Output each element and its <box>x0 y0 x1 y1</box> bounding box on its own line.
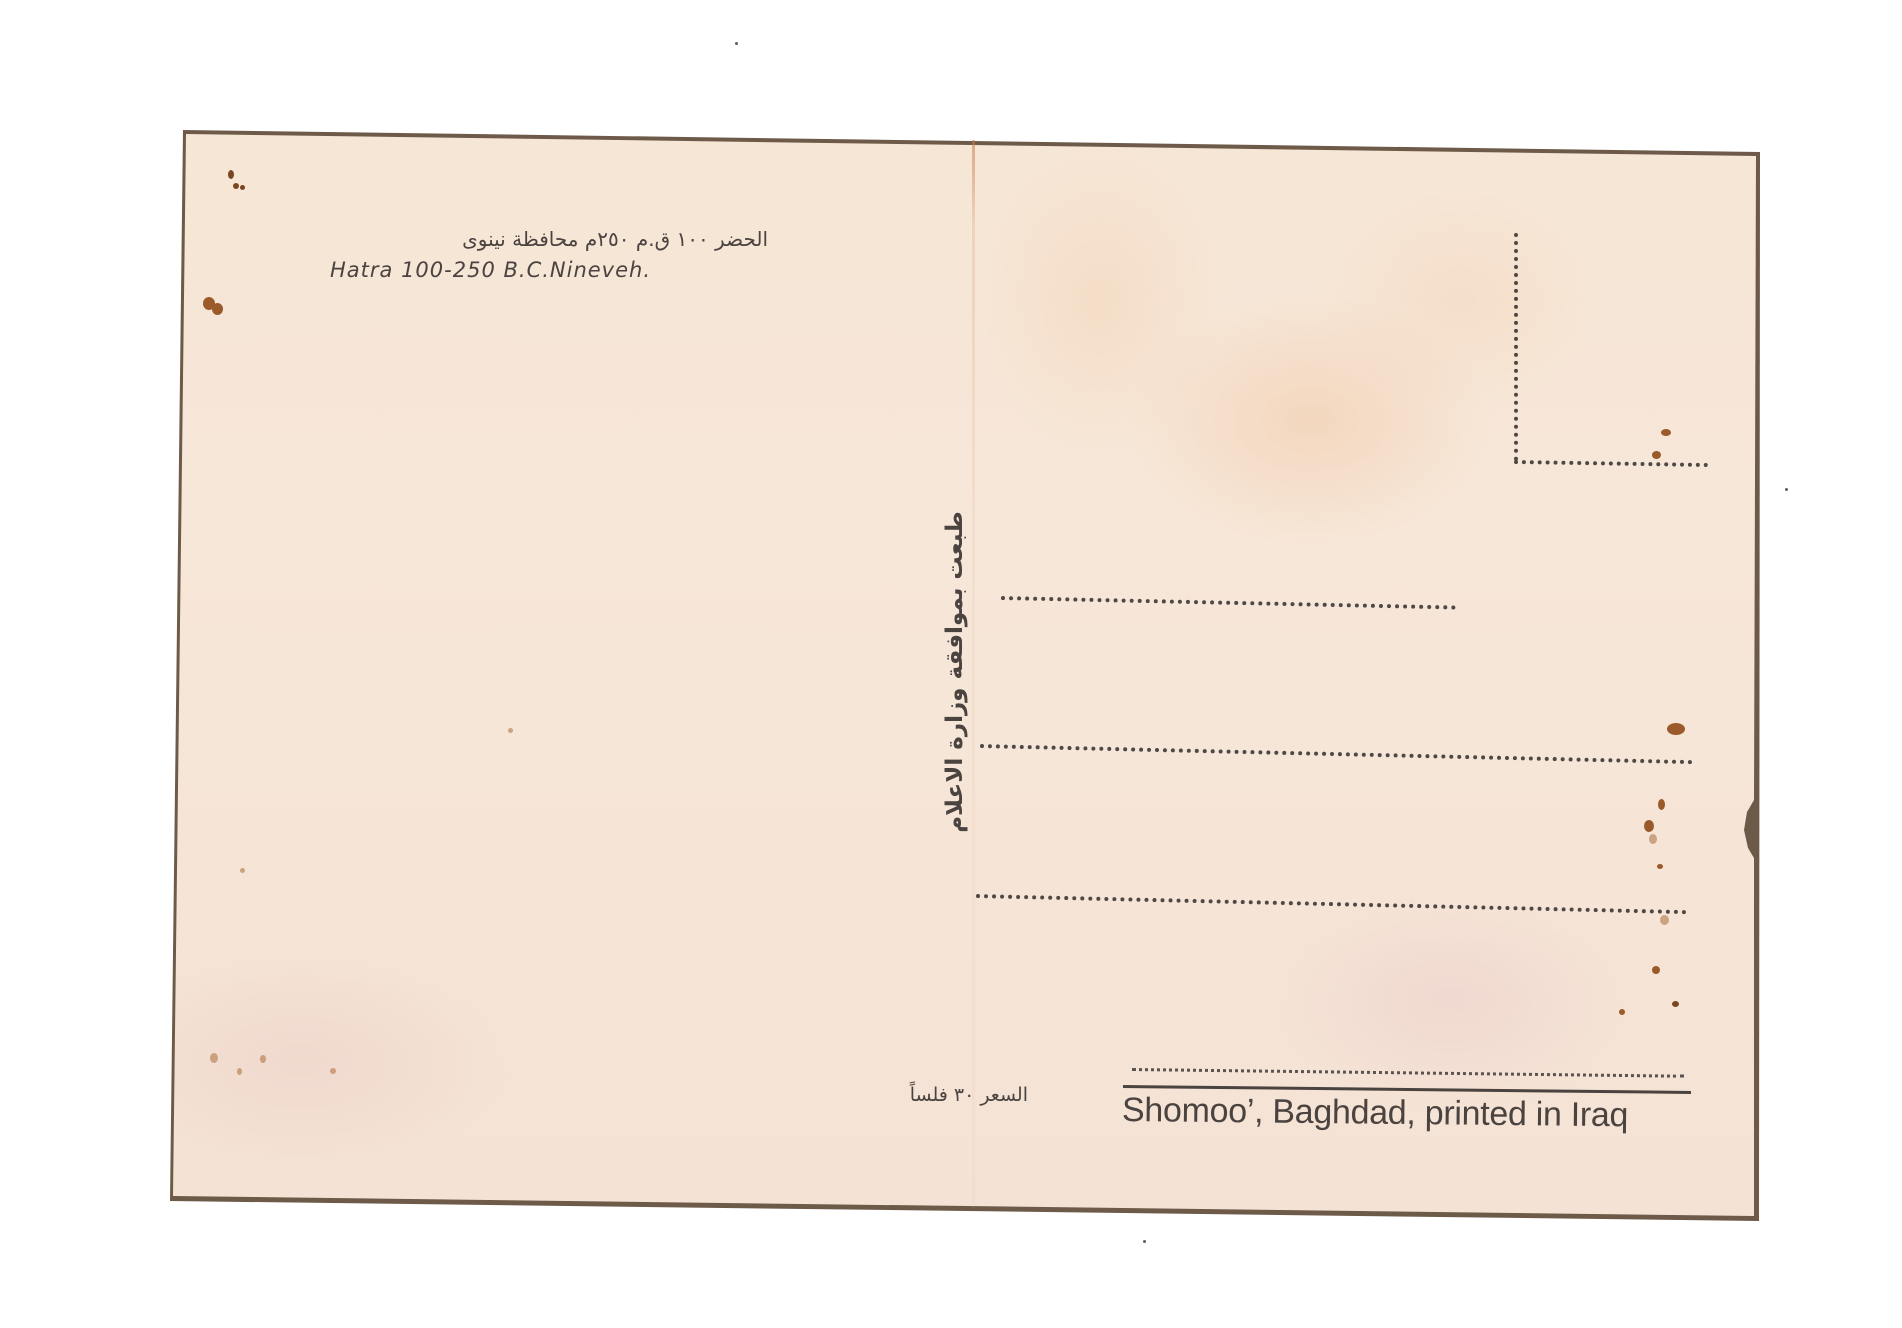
stain-mark <box>260 1055 266 1063</box>
stain-mark <box>233 183 239 189</box>
stain-mark <box>1660 915 1669 925</box>
stamp-box-vertical-line <box>1514 233 1518 461</box>
stain-mark <box>212 303 223 315</box>
stain-mark <box>210 1053 218 1063</box>
stain-mark <box>1619 1009 1625 1015</box>
stain-mark <box>1657 864 1663 869</box>
stain-mark <box>1672 1001 1679 1007</box>
stain-mark <box>1652 451 1661 459</box>
stain-mark <box>1661 429 1671 436</box>
speck <box>1143 1240 1146 1243</box>
caption-english: Hatra 100-250 B.C.Nineveh. <box>330 258 651 282</box>
caption-arabic: الحضر ١٠٠ ق.م ٢٥٠م محافظة نينوى <box>328 226 768 252</box>
stain-mark <box>1652 966 1660 974</box>
stain-mark <box>1667 723 1685 735</box>
stain-mark <box>228 170 234 179</box>
stain-mark <box>1644 820 1654 832</box>
approval-note-vertical: طبعت بموافقة وزارة الاعلام <box>942 511 968 833</box>
stain-mark <box>508 728 513 733</box>
center-divider-fold <box>972 140 975 1208</box>
publisher-imprint: Shomoo’, Baghdad, printed in Iraq <box>1122 1091 1629 1135</box>
speck <box>1785 488 1788 491</box>
price-label: السعر ٣٠ فلساً <box>836 1084 1028 1106</box>
stain-mark <box>237 1068 242 1075</box>
speck <box>735 42 738 45</box>
stain-mark <box>240 185 245 190</box>
stain-mark <box>1658 799 1665 810</box>
stain-mark <box>1649 834 1657 844</box>
stain-mark <box>240 868 245 873</box>
stain-mark <box>330 1068 336 1074</box>
